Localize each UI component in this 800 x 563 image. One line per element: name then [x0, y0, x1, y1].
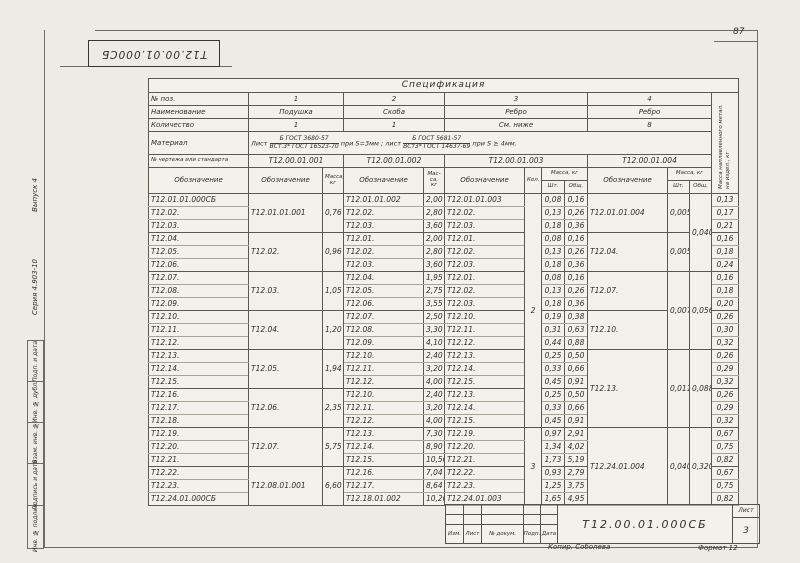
pos2-mass: 2,80 — [424, 207, 445, 220]
pos1-mass: 1,05 — [323, 272, 344, 311]
pos3-mass-total: 0,26 — [565, 207, 588, 220]
pos3-mass-item: 0,18 — [542, 220, 565, 233]
assembly-designation: Т12.20. — [149, 441, 249, 454]
pos2-designation: Т12.07. — [344, 311, 424, 324]
pos2-mass: 2,40 — [424, 389, 445, 402]
pos3-designation: Т12.03. — [445, 220, 525, 233]
weld-mass: 0,26 — [712, 311, 739, 324]
pos3-designation: Т12.01. — [445, 272, 525, 285]
pos3-designation: Т12.15. — [445, 376, 525, 389]
pos2-designation: Т12.05. — [344, 285, 424, 298]
weld-mass: 0,13 — [712, 194, 739, 207]
pos3-mass-item: 0,13 — [542, 285, 565, 298]
spec-header-cell: Масса, кг — [323, 168, 344, 194]
assembly-designation: Т12.24.01.000СБ — [149, 493, 249, 506]
weld-mass: 0,18 — [712, 285, 739, 298]
pos1-designation: Т12.02. — [249, 233, 323, 272]
pos2-designation: Т12.10. — [344, 389, 424, 402]
pos3-mass-total: 0,38 — [565, 311, 588, 324]
spec-header-cell: Обозначение — [588, 168, 668, 194]
tb-label-podp: Подп. — [524, 525, 541, 543]
pos3-designation: Т12.20. — [445, 441, 525, 454]
pos2-designation: Т12.03. — [344, 220, 424, 233]
pos4-designation: Т12.04. — [588, 233, 668, 272]
margin-box-inv-dupl: Инв. № дубл. — [27, 381, 44, 423]
pos3-mass-total: 2,91 — [565, 428, 588, 441]
page-number-line — [714, 41, 757, 42]
pos3-mass-item: 0,19 — [542, 311, 565, 324]
item-name: Ребро — [588, 106, 712, 119]
weld-mass: 0,29 — [712, 363, 739, 376]
assembly-designation: Т12.11. — [149, 324, 249, 337]
pos3-mass-total: 0,26 — [565, 285, 588, 298]
spec-header-cell: Обозначение — [445, 168, 525, 194]
pos3-mass-total: 4,02 — [565, 441, 588, 454]
tb-cell — [482, 515, 524, 525]
pos2-designation: Т12.04. — [344, 272, 424, 285]
pos3-mass-item: 0,13 — [542, 246, 565, 259]
tb-doc-number: Т12.00.01.000СБ — [558, 505, 733, 543]
pos4-mass-total: 0,320 — [690, 428, 712, 506]
assembly-designation: Т12.04. — [149, 233, 249, 246]
item-name: Ребро — [445, 106, 588, 119]
tb-cell — [524, 505, 541, 515]
pos3-mass-total: 0,26 — [565, 246, 588, 259]
pos-number: 4 — [588, 93, 712, 106]
pos3-mass-total: 0,16 — [565, 194, 588, 207]
pos-number: 3 — [445, 93, 588, 106]
pos3-mass-total: 0,88 — [565, 337, 588, 350]
inverted-doc-stamp-text: Т12.00.01.000СБ — [101, 48, 207, 60]
weld-mass: 0,32 — [712, 415, 739, 428]
drawing-number: Т12.00.01.002 — [344, 155, 445, 168]
pos3-mass-item: 1,34 — [542, 441, 565, 454]
pos3-mass-total: 0,91 — [565, 415, 588, 428]
pos4-designation: Т12.10. — [588, 311, 668, 350]
assembly-designation: Т12.18. — [149, 415, 249, 428]
assembly-designation: Т12.19. — [149, 428, 249, 441]
pos2-designation: Т12.12. — [344, 376, 424, 389]
pos4-mass-item: 0,011 — [668, 350, 690, 428]
spec-header-cell: Общ. — [690, 181, 712, 194]
assembly-designation: Т12.12. — [149, 337, 249, 350]
assembly-designation: Т12.07. — [149, 272, 249, 285]
pos3-mass-total: 3,75 — [565, 480, 588, 493]
spec-header-cell: Обозначение — [249, 168, 323, 194]
pos1-designation: Т12.06. — [249, 389, 323, 428]
pos4-designation: Т12.13. — [588, 350, 668, 428]
pos3-mass-item: 1,25 — [542, 480, 565, 493]
pos2-designation: Т12.01.01.002 — [344, 194, 424, 207]
pos2-designation: Т12.11. — [344, 402, 424, 415]
tb-cell — [446, 505, 464, 515]
pos2-mass: 4,00 — [424, 376, 445, 389]
spec-header-cell: Наименование — [149, 106, 249, 119]
pos4-mass-item: 0,040 — [668, 428, 690, 506]
margin-series-note: Серия 4.903-10 — [27, 235, 43, 340]
weld-mass: 0,67 — [712, 467, 739, 480]
spec-header-cell: Масса, кг — [542, 168, 588, 181]
copier-note: Копир. Соболева — [548, 543, 610, 551]
tb-cell — [446, 515, 464, 525]
weld-mass: 0,82 — [712, 454, 739, 467]
assembly-designation: Т12.16. — [149, 389, 249, 402]
pos1-designation: Т12.04. — [249, 311, 323, 350]
pos1-designation: Т12.05. — [249, 350, 323, 389]
pos1-mass: 6,60 — [323, 467, 344, 506]
pos3-mass-total: 2,79 — [565, 467, 588, 480]
tb-label-list: Лист — [464, 525, 482, 543]
assembly-designation: Т12.06. — [149, 259, 249, 272]
assembly-designation: Т12.22. — [149, 467, 249, 480]
pos3-designation: Т12.14. — [445, 402, 525, 415]
pos2-designation: Т12.09. — [344, 337, 424, 350]
item-qty: 1 — [344, 119, 445, 132]
pos2-mass: 10,20 — [424, 493, 445, 506]
tb-cell — [464, 505, 482, 515]
pos3-mass-item: 0,31 — [542, 324, 565, 337]
spec-header-cell: Общ. — [565, 181, 588, 194]
weld-mass: 0,16 — [712, 272, 739, 285]
pos3-mass-total: 0,66 — [565, 363, 588, 376]
pos2-designation: Т12.02. — [344, 207, 424, 220]
tb-cell — [541, 505, 558, 515]
spec-header-cell: Обозначение — [149, 168, 249, 194]
pos3-mass-item: 0,08 — [542, 272, 565, 285]
pos2-designation: Т12.11. — [344, 363, 424, 376]
pos3-mass-total: 0,50 — [565, 389, 588, 402]
weld-mass: 0,20 — [712, 298, 739, 311]
pos2-mass: 3,30 — [424, 324, 445, 337]
pos3-designation: Т12.03. — [445, 259, 525, 272]
weld-mass: 0,24 — [712, 259, 739, 272]
weld-mass: 0,32 — [712, 376, 739, 389]
pos3-mass-item: 1,73 — [542, 454, 565, 467]
pos3-designation: Т12.21. — [445, 454, 525, 467]
pos2-designation: Т12.15. — [344, 454, 424, 467]
pos3-designation: Т12.11. — [445, 324, 525, 337]
pos2-designation: Т12.03. — [344, 259, 424, 272]
pos4-mass-total: 0,088 — [690, 350, 712, 428]
pos2-mass: 2,00 — [424, 233, 445, 246]
assembly-designation: Т12.13. — [149, 350, 249, 363]
pos2-mass: 2,80 — [424, 246, 445, 259]
pos2-designation: Т12.14. — [344, 441, 424, 454]
pos2-designation: Т12.08. — [344, 324, 424, 337]
spec-header-cell: Мас-са, кг — [424, 168, 445, 194]
pos4-mass-item: 0,007 — [668, 272, 690, 350]
pos3-mass-item: 0,25 — [542, 389, 565, 402]
tb-sheet-label: Лист — [733, 505, 759, 518]
pos3-designation: Т12.03. — [445, 298, 525, 311]
assembly-designation: Т12.05. — [149, 246, 249, 259]
pos2-designation: Т12.13. — [344, 428, 424, 441]
pos2-mass: 10,50 — [424, 454, 445, 467]
spec-header-cell: Количество — [149, 119, 249, 132]
pos3-designation: Т12.01.01.003 — [445, 194, 525, 207]
rotated-mass-header: Масса наплавленного метал. на издел., кг — [712, 93, 739, 194]
pos3-mass-total: 0,36 — [565, 298, 588, 311]
pos2-designation: Т12.18.01.002 — [344, 493, 424, 506]
tb-cell — [482, 505, 524, 515]
pos3-designation: Т12.13. — [445, 389, 525, 402]
pos3-mass-item: 0,25 — [542, 350, 565, 363]
spec-header-cell: № чертежа или стандарта — [149, 155, 249, 168]
weld-mass: 0,17 — [712, 207, 739, 220]
weld-mass: 0,29 — [712, 402, 739, 415]
pos4-mass-total: 0,040 — [690, 194, 712, 272]
pos3-designation: Т12.23. — [445, 480, 525, 493]
pos2-mass: 4,00 — [424, 415, 445, 428]
weld-mass: 0,75 — [712, 441, 739, 454]
margin-box-sign-date: Подп. и дата — [27, 340, 44, 382]
pos2-mass: 8,90 — [424, 441, 445, 454]
pos3-mass-item: 0,08 — [542, 233, 565, 246]
pos2-mass: 2,50 — [424, 311, 445, 324]
tb-label-izm: Изм. — [446, 525, 464, 543]
pos2-mass: 3,20 — [424, 402, 445, 415]
pos2-mass: 2,75 — [424, 285, 445, 298]
tb-sheet-number: 3 — [733, 518, 759, 543]
pos1-mass: 0,96 — [323, 233, 344, 272]
pos2-designation: Т12.16. — [344, 467, 424, 480]
spec-header-cell: № поз. — [149, 93, 249, 106]
frame-bottom-line — [44, 547, 758, 548]
margin-issue-note: Выпуск 4 — [27, 160, 43, 230]
spec-header-cell: Кол. — [525, 168, 542, 194]
pos3-mass-total: 0,36 — [565, 259, 588, 272]
page-number: 87 — [733, 27, 744, 37]
pos-number: 2 — [344, 93, 445, 106]
pos3-mass-total: 0,50 — [565, 350, 588, 363]
series-text: Серия 4.903-10 — [31, 259, 39, 315]
weld-mass: 0,32 — [712, 337, 739, 350]
pos4-mass-item: 0,005 — [668, 233, 690, 272]
pos1-mass: 1,20 — [323, 311, 344, 350]
pos1-mass: 0,76 — [323, 194, 344, 233]
tb-cell — [524, 515, 541, 525]
pos3-mass-total: 0,16 — [565, 233, 588, 246]
pos4-mass-item: 0,005 — [668, 194, 690, 233]
item-qty: 8 — [588, 119, 712, 132]
drawing-number: Т12.00.01.003 — [445, 155, 588, 168]
pos3-mass-total: 0,63 — [565, 324, 588, 337]
pos3-mass-total: 0,36 — [565, 220, 588, 233]
drawing-number: Т12.00.01.004 — [588, 155, 712, 168]
pos1-designation: Т12.07. — [249, 428, 323, 467]
pos2-mass: 1,95 — [424, 272, 445, 285]
spec-header-cell: Материал — [149, 132, 249, 155]
weld-mass: 0,26 — [712, 389, 739, 402]
pos3-designation: Т12.10. — [445, 311, 525, 324]
pos1-designation: Т12.08.01.001 — [249, 467, 323, 506]
margin-box-vzam-inv: Взам. инв. № — [27, 422, 44, 464]
assembly-designation: Т12.03. — [149, 220, 249, 233]
pos2-designation: Т12.02. — [344, 246, 424, 259]
pos2-mass: 2,40 — [424, 350, 445, 363]
weld-mass: 0,18 — [712, 246, 739, 259]
pos3-mass-item: 0,45 — [542, 415, 565, 428]
title-block: Изм. Лист № докум. Подп. Дата Т12.00.01.… — [445, 504, 760, 544]
tb-label-dokum: № докум. — [482, 525, 524, 543]
margin-box-sign-date-2: Подпись и дата — [27, 463, 44, 506]
pos2-mass: 3,20 — [424, 363, 445, 376]
pos1-mass: 1,94 — [323, 350, 344, 389]
pos3-mass-total: 5,19 — [565, 454, 588, 467]
frame-top-line — [95, 30, 757, 31]
pos3-qty: 3 — [525, 428, 542, 506]
pos2-mass: 2,00 — [424, 194, 445, 207]
assembly-designation: Т12.14. — [149, 363, 249, 376]
pos3-mass-total: 0,91 — [565, 376, 588, 389]
item-qty: См. ниже — [445, 119, 588, 132]
spec-header-cell: Обозначение — [344, 168, 424, 194]
pos2-mass: 7,30 — [424, 428, 445, 441]
tb-label-data: Дата — [541, 525, 558, 543]
pos3-mass-item: 0,33 — [542, 363, 565, 376]
pos2-designation: Т12.17. — [344, 480, 424, 493]
pos2-designation: Т12.01. — [344, 233, 424, 246]
pos2-mass: 3,60 — [424, 259, 445, 272]
pos3-mass-item: 0,97 — [542, 428, 565, 441]
weld-mass: 0,30 — [712, 324, 739, 337]
pos3-designation: Т12.13. — [445, 350, 525, 363]
item-name: Скоба — [344, 106, 445, 119]
pos4-designation: Т12.07. — [588, 272, 668, 311]
pos3-designation: Т12.12. — [445, 337, 525, 350]
assembly-designation: Т12.17. — [149, 402, 249, 415]
pos3-designation: Т12.02. — [445, 285, 525, 298]
pos2-designation: Т12.12. — [344, 415, 424, 428]
assembly-designation: Т12.15. — [149, 376, 249, 389]
pos3-designation: Т12.15. — [445, 415, 525, 428]
issue-text: Выпуск 4 — [31, 178, 39, 212]
inverted-doc-stamp: Т12.00.01.000СБ — [88, 40, 220, 67]
margin-box-inv-podl: Инв. № подлин. — [27, 505, 44, 549]
pos3-designation: Т12.01. — [445, 233, 525, 246]
pos4-mass-total: 0,056 — [690, 272, 712, 350]
pos2-designation: Т12.06. — [344, 298, 424, 311]
weld-mass: 0,26 — [712, 350, 739, 363]
pos2-mass: 4,10 — [424, 337, 445, 350]
spec-header-cell: Масса, кг — [668, 168, 712, 181]
pos2-mass: 3,60 — [424, 220, 445, 233]
tb-cell — [541, 515, 558, 525]
item-qty: 1 — [249, 119, 344, 132]
tb-cell — [464, 515, 482, 525]
frame-right-line — [757, 30, 758, 548]
pos3-qty: 2 — [525, 194, 542, 428]
pos3-mass-item: 0,18 — [542, 259, 565, 272]
material-value: Лист Б ГОСТ 3680-57ВСт.3* ГОСТ 16523-70 … — [249, 132, 712, 155]
pos2-mass: 8,64 — [424, 480, 445, 493]
specification-table: Спецификация№ поз.1234Масса наплавленног… — [148, 78, 739, 506]
pos1-mass: 2,35 — [323, 389, 344, 428]
pos4-designation: Т12.01.01.004 — [588, 194, 668, 233]
pos3-mass-total: 0,16 — [565, 272, 588, 285]
assembly-designation: Т12.21. — [149, 454, 249, 467]
pos2-designation: Т12.10. — [344, 350, 424, 363]
pos-number: 1 — [249, 93, 344, 106]
weld-mass: 0,21 — [712, 220, 739, 233]
pos3-mass-item: 0,44 — [542, 337, 565, 350]
weld-mass: 0,75 — [712, 480, 739, 493]
pos3-designation: Т12.14. — [445, 363, 525, 376]
pos3-mass-item: 0,33 — [542, 402, 565, 415]
pos3-designation: Т12.22. — [445, 467, 525, 480]
tb-sheet: Лист 3 — [733, 505, 759, 543]
assembly-designation: Т12.23. — [149, 480, 249, 493]
weld-mass: 0,16 — [712, 233, 739, 246]
pos3-mass-total: 0,66 — [565, 402, 588, 415]
assembly-designation: Т12.02. — [149, 207, 249, 220]
assembly-designation: Т12.08. — [149, 285, 249, 298]
pos2-mass: 3,55 — [424, 298, 445, 311]
pos3-designation: Т12.19. — [445, 428, 525, 441]
assembly-designation: Т12.10. — [149, 311, 249, 324]
pos3-designation: Т12.02. — [445, 246, 525, 259]
spec-header-cell: Шт. — [542, 181, 565, 194]
pos3-mass-item: 0,93 — [542, 467, 565, 480]
assembly-designation: Т12.01.01.000СБ — [149, 194, 249, 207]
format-note: Формат 12 — [698, 544, 738, 552]
drawing-number: Т12.00.01.001 — [249, 155, 344, 168]
pos3-mass-item: 0,08 — [542, 194, 565, 207]
spec-header-cell: Шт. — [668, 181, 690, 194]
pos2-mass: 7,04 — [424, 467, 445, 480]
pos3-mass-item: 0,18 — [542, 298, 565, 311]
frame-left-line — [44, 30, 45, 548]
pos4-designation: Т12.24.01.004 — [588, 428, 668, 506]
pos1-mass: 5,75 — [323, 428, 344, 467]
spec-title: Спецификация — [149, 79, 739, 93]
assembly-designation: Т12.09. — [149, 298, 249, 311]
weld-mass: 0,67 — [712, 428, 739, 441]
pos1-designation: Т12.01.01.001 — [249, 194, 323, 233]
pos3-mass-item: 0,45 — [542, 376, 565, 389]
pos3-designation: Т12.02. — [445, 207, 525, 220]
item-name: Подушка — [249, 106, 344, 119]
pos1-designation: Т12.03. — [249, 272, 323, 311]
pos3-mass-item: 0,13 — [542, 207, 565, 220]
